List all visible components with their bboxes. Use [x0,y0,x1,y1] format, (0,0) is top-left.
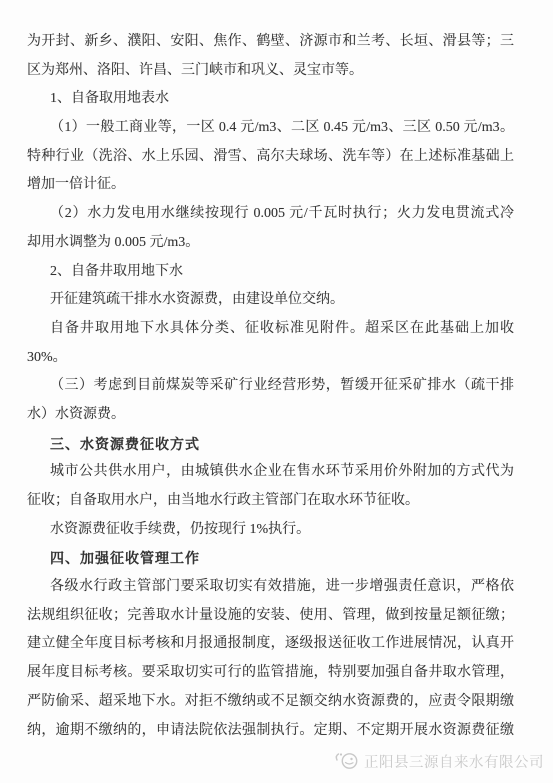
text-line: 建立健全年度目标考核和月报通报制度，逐级报送征收工作进展情况，认真开 [27,630,514,659]
text-line: 城市公共供水用户，由城镇供水企业在售水环节采用价外附加的方式代为 [27,458,514,487]
text-line: 2、自备井取用地下水 [27,258,514,287]
text-line: （1）一般工商业等，一区 0.4 元/m3、二区 0.45 元/m3、三区 0.… [27,114,514,143]
text-line: 30%。 [27,344,514,373]
text-line: 特种行业（洗浴、水上乐园、滑雪、高尔夫球场、洗车等）在上述标准基础上 [27,143,514,172]
text-line: 严防偷采、超采地下水。对拒不缴纳或不足额交纳水资源费的，应责令限期缴 [27,688,514,717]
text-line: 区为郑州、洛阳、许昌、三门峡市和巩义、灵宝市等。 [27,57,514,86]
text-line: 征收；自备取用水户，由当地水行政主管部门在取水环节征收。 [27,487,514,516]
text-line: 自备井取用地下水具体分类、征收标准见附件。超采区在此基础上加收 [27,315,514,344]
text-line: （三）考虑到目前煤炭等采矿行业经营形势，暂缓开征采矿排水（疏干排 [27,372,514,401]
watermark-company: 正阳县三源自来水有限公司 [364,751,544,772]
watermark: 正阳县三源自来水有限公司 [334,749,544,773]
text-line: 水）水资源费。 [27,401,514,430]
company-logo-icon [334,750,359,772]
document-body: 为开封、新乡、濮阳、安阳、焦作、鹤壁、济源市和兰考、长垣、滑县等；三区为郑州、洛… [27,28,514,745]
text-line: 却用水调整为 0.005 元/m3。 [27,229,514,258]
text-line: 各级水行政主管部门要采取切实有效措施，进一步增强责任意识，严格依 [27,573,514,602]
text-line: 展年度目标考核。要采取切实可行的监管措施，特别要加强自备井取水管理， [27,659,514,688]
text-line: 开征建筑疏干排水水资源费，由建设单位交纳。 [27,286,514,315]
text-line: （2）水力发电用水继续按现行 0.005 元/千瓦时执行；火力发电贯流式冷 [27,200,514,229]
text-line: 为开封、新乡、濮阳、安阳、焦作、鹤壁、济源市和兰考、长垣、滑县等；三 [27,28,514,57]
text-line: 1、自备取用地表水 [27,85,514,114]
text-line: 纳，逾期不缴纳的，申请法院依法强制执行。定期、不定期开展水资源费征缴 [27,717,514,746]
text-line: 水资源费征收手续费，仍按现行 1%执行。 [27,516,514,545]
text-line: 四、加强征收管理工作 [27,544,514,573]
text-line: 三、水资源费征收方式 [27,430,514,459]
text-line: 法规组织征收；完善取水计量设施的安装、使用、管理，做到按量足额征缴； [27,602,514,631]
text-line: 增加一倍计征。 [27,171,514,200]
